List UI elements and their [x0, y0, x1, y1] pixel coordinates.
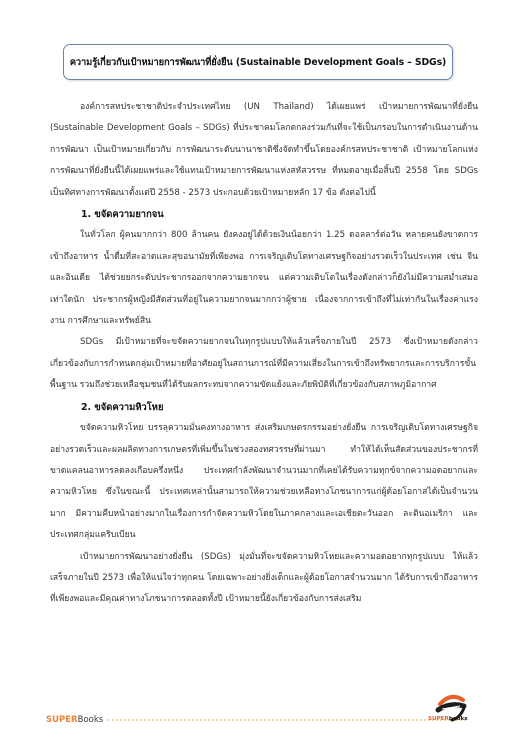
section-1-paragraph-1: ในทั่วโลก ผู้คนมากกว่า 800 ล้านคน ยังคงอ…: [50, 225, 478, 332]
section-heading-1: 1. ขจัดความยากจน: [50, 204, 478, 225]
footer-brand-super: SUPER: [46, 715, 78, 725]
logo-wordmark-books: books: [449, 716, 468, 722]
footer-brand-books: Books: [78, 715, 104, 725]
footer-brand: SUPERBooks: [46, 715, 103, 725]
logo-wordmark: SUPERbooks: [428, 716, 468, 722]
section-heading-2: 2. ขจัดความหิวโหย: [50, 397, 478, 418]
section-2-paragraph-1: ขจัดความหิวโหย บรรลุความมั่นคงทางอาหาร ส…: [50, 418, 478, 546]
section-1-paragraph-2: SDGs มีเป้าหมายที่จะขจัดความยากจนในทุกรู…: [50, 332, 478, 396]
intro-paragraph: องค์การสหประชาชาติประจำประเทศไทย (UN Tha…: [50, 97, 478, 204]
page-footer: SUPERBooks: [46, 712, 470, 728]
logo-wordmark-super: SUPER: [428, 716, 449, 722]
document-body: องค์การสหประชาชาติประจำประเทศไทย (UN Tha…: [50, 97, 478, 611]
section-2-paragraph-2: เป้าหมายการพัฒนาอย่างยั่งยืน (SDGs) มุ่ง…: [50, 547, 478, 611]
document-title: ความรู้เกี่ยวกับเป้าหมายการพัฒนาที่ยั่งย…: [70, 55, 446, 70]
footer-dotted-rule: [107, 719, 466, 721]
document-title-box: ความรู้เกี่ยวกับเป้าหมายการพัฒนาที่ยั่งย…: [63, 44, 453, 80]
